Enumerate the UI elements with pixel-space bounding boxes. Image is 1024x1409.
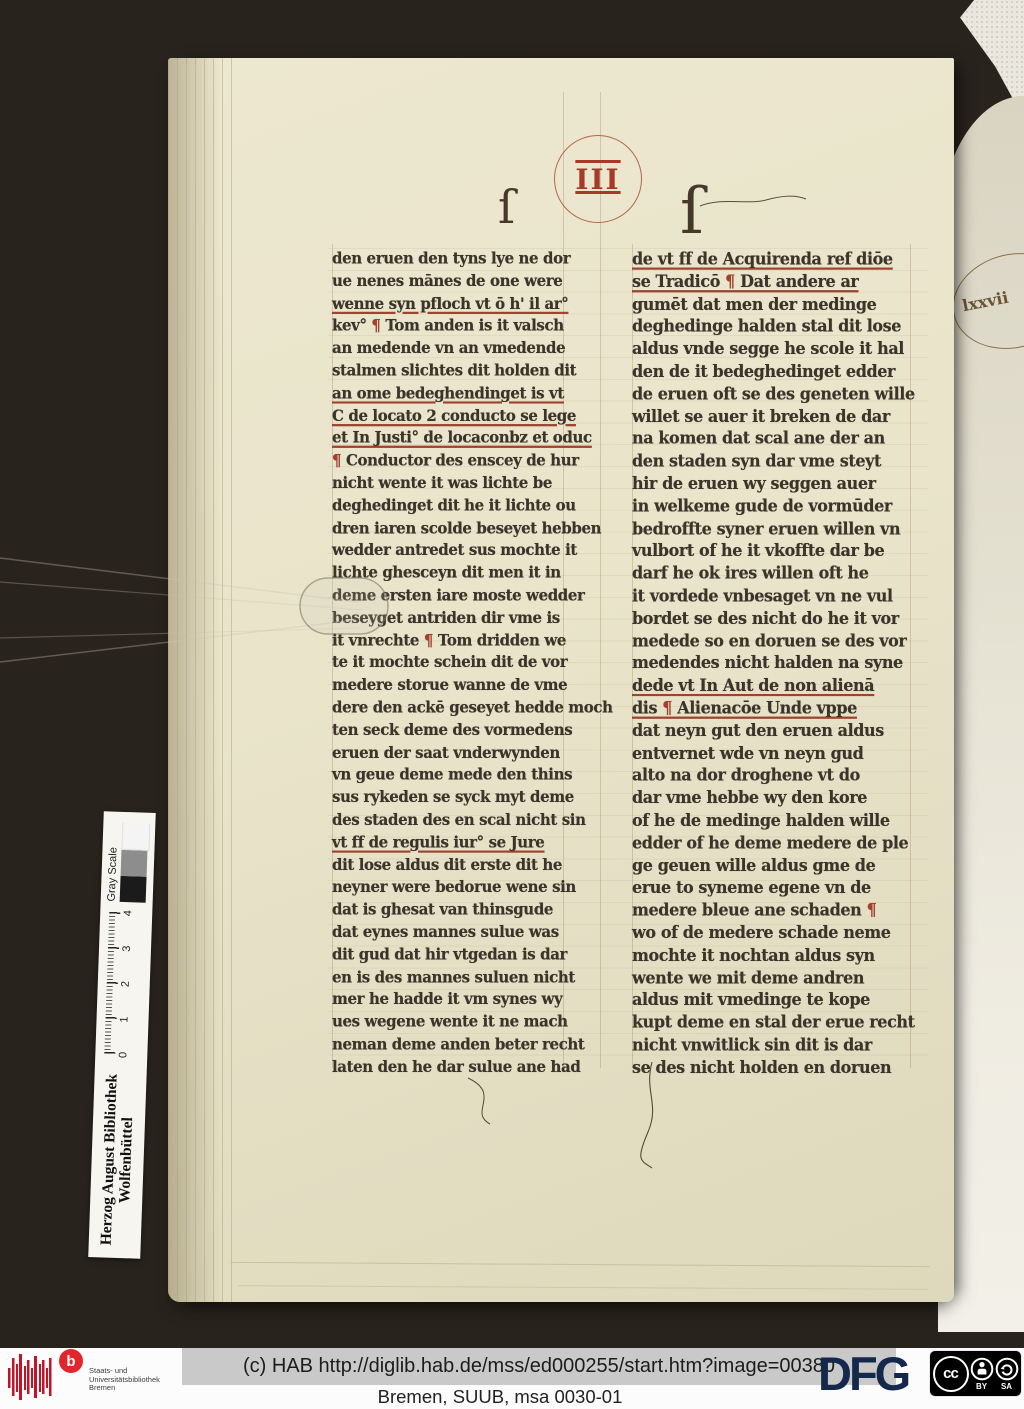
manuscript-line: den eruen den tyns lye ne dor	[332, 248, 565, 270]
cc-sa-arrow-icon	[995, 1357, 1019, 1381]
manuscript-line: entvernet wde vn neyn gud	[632, 742, 920, 764]
manuscript-line: ues wegene wente it ne mach	[332, 1011, 565, 1033]
gray-scale-swatch-gray	[121, 850, 148, 877]
copyright-url: (c) HAB http://diglib.hab.de/mss/ed00025…	[243, 1355, 835, 1378]
manuscript-line: de eruen oft se des geneten wille	[632, 383, 920, 405]
manuscript-line: de vt ff de Acquirenda ref diōe	[632, 248, 920, 270]
manuscript-line: willet se auer it breken de dar	[632, 405, 920, 427]
manuscript-page: III ſ ſ den eruen den tyns lye ne dorue …	[168, 58, 954, 1302]
manuscript-line: bordet se des nicht do he it vor	[632, 607, 920, 629]
manuscript-line: dat is ghesat van thinsgude	[332, 899, 565, 921]
page-number: III	[575, 163, 620, 196]
manuscript-line: medede so en doruen se des vor	[632, 630, 920, 652]
manuscript-line: wo of de medere schade neme	[632, 922, 920, 944]
ruler-number: 1	[118, 1016, 130, 1023]
manuscript-line: sus rykeden se syck myt deme	[332, 787, 565, 809]
manuscript-line: dit lose aldus dit erste dit he	[332, 854, 565, 876]
manuscript-line: na komen dat scal ane der an	[632, 428, 920, 450]
manuscript-line: dit gud dat hir vtgedan is dar	[332, 944, 565, 966]
manuscript-line: vulbort of he it vkoffte dar be	[632, 540, 920, 562]
manuscript-line: dat eynes mannes sulue was	[332, 922, 565, 944]
cc-by-label: BY	[976, 1382, 987, 1391]
digitized-manuscript-scan: { "manuscript": { "page_number": "III", …	[0, 0, 1024, 1409]
manuscript-line: aldus vnde segge he scole it hal	[632, 338, 920, 360]
manuscript-line: et In Justi° de locaconbz et oduc	[332, 428, 565, 450]
manuscript-line: aldus mit vmedinge te kope	[632, 989, 920, 1011]
pilcrow-mark: ¶	[725, 271, 735, 291]
page-bottom-edge	[230, 1262, 930, 1267]
manuscript-line: mer he hadde it vm synes wy	[332, 989, 565, 1011]
shelfmark: Bremen, SUUB, msa 0030-01	[280, 1386, 720, 1408]
manuscript-line: lichte ghesceyn dit men it in	[332, 562, 565, 584]
pilcrow-mark: ¶	[332, 451, 341, 470]
manuscript-line: an ome bedeghendinget is vt	[332, 383, 565, 405]
manuscript-line: an medende vn an vmedende	[332, 338, 565, 360]
pen-flourish-icon: ſ	[680, 180, 704, 244]
pilcrow-mark: ¶	[867, 900, 877, 920]
manuscript-line: gumēt dat men der medinge	[632, 293, 920, 315]
ruler-number: 4	[122, 910, 134, 917]
manuscript-line: darf he ok ires willen oft he	[632, 562, 920, 584]
ruler: 0 1 2 3 4	[104, 907, 143, 1058]
manuscript-line: laten den he dar sulue ane had	[332, 1056, 565, 1078]
manuscript-line: alto na dor droghene vt do	[632, 764, 920, 786]
manuscript-line: neman deme anden beter recht	[332, 1034, 565, 1056]
manuscript-line: wedder antredet sus mochte it	[332, 540, 565, 562]
manuscript-column-right: de vt ff de Acquirenda ref diōese Tradic…	[632, 248, 920, 1079]
calibration-strip: Herzog August Bibliothek Wolfenbüttel 0 …	[88, 811, 156, 1259]
manuscript-line: bedroffte syner eruen willen vn	[632, 517, 920, 539]
cc-logo-icon: cc	[933, 1356, 969, 1392]
manuscript-line: deme ersten iare moste wedder	[332, 585, 565, 607]
manuscript-line: stalmen slichtes dit holden dit	[332, 360, 565, 382]
manuscript-line: beseyget antriden dir vme is	[332, 607, 565, 629]
page-gutter-edges	[168, 58, 234, 1302]
manuscript-line: wente we mit deme andren	[632, 966, 920, 988]
pilcrow-mark: ¶	[662, 698, 672, 718]
org-line: Bremen	[89, 1384, 160, 1393]
manuscript-line: wenne syn pfloch vt ō h' il ar°	[332, 293, 565, 315]
manuscript-line: of he de medinge halden wille	[632, 809, 920, 831]
manuscript-column-left: den eruen den tyns lye ne dorue nenes mā…	[332, 248, 565, 1079]
manuscript-line: medere bleue ane schaden ¶	[632, 899, 920, 921]
bremen-org-name: Staats- und Universitätsbibliothek Breme…	[89, 1367, 160, 1393]
page-bottom-edge	[238, 1285, 928, 1290]
manuscript-line: dat neyn gut den eruen aldus	[632, 719, 920, 741]
page-number-circle: III	[554, 135, 642, 223]
pilcrow-mark: ¶	[424, 631, 433, 650]
manuscript-line: dere den ackē geseyet hedde moch	[332, 697, 565, 719]
gray-scale-patch: Gray Scale	[106, 815, 151, 902]
manuscript-line: te it mochte schein dit de vor	[332, 652, 565, 674]
cc-by-item: BY	[970, 1357, 994, 1391]
manuscript-line: den de it bedeghedinget edder	[632, 360, 920, 382]
manuscript-line: deghedinget dit he it lichte ou	[332, 495, 565, 517]
manuscript-line: eruen der saat vnderwynden	[332, 742, 565, 764]
copyright-strip: (c) HAB http://diglib.hab.de/mss/ed00025…	[182, 1348, 896, 1385]
ruler-number: 3	[121, 945, 133, 952]
manuscript-line: des staden des en scal nicht sin	[332, 809, 565, 831]
suub-barcode-logo-icon	[8, 1352, 54, 1402]
manuscript-line: nicht vnwitlick sin dit is dar	[632, 1034, 920, 1056]
pen-flourish-icon: ſ	[498, 184, 515, 230]
manuscript-line: ten seck deme des vormedens	[332, 719, 565, 741]
manuscript-line: edder of he deme medere de ple	[632, 832, 920, 854]
manuscript-line: ge geuen wille aldus gme de	[632, 854, 920, 876]
gray-scale-label: Gray Scale	[106, 847, 120, 902]
manuscript-line: dren iaren scolde beseyet hebben	[332, 517, 565, 539]
manuscript-line: dar vme hebbe wy den kore	[632, 787, 920, 809]
manuscript-line: mochte it nochtan aldus syn	[632, 944, 920, 966]
manuscript-line: deghedinge halden stal dit lose	[632, 315, 920, 337]
ruling-line	[600, 92, 601, 1068]
ruler-number: 0	[117, 1052, 129, 1059]
cc-by-person-icon	[970, 1357, 994, 1381]
gray-scale-swatch-black	[120, 876, 147, 903]
manuscript-line: it vordede vnbesaget vn ne vul	[632, 585, 920, 607]
manuscript-line: neyner were bedorue wene sin	[332, 877, 565, 899]
manuscript-line: kev° ¶ Tom anden is it valsch	[332, 315, 565, 337]
manuscript-line: medere storue wanne de vme	[332, 675, 565, 697]
manuscript-line: kupt deme en stal der erue recht	[632, 1011, 920, 1033]
cc-sa-label: SA	[1001, 1382, 1012, 1391]
manuscript-line: C de locato 2 conducto se lege	[332, 405, 565, 427]
bremen-logo-icon: b	[59, 1349, 83, 1373]
manuscript-line: se des nicht holden en doruen	[632, 1056, 920, 1078]
dfg-logo: DFG	[818, 1346, 908, 1401]
manuscript-line: en is des mannes suluen nicht	[332, 966, 565, 988]
manuscript-line: vn geue deme mede den thins	[332, 764, 565, 786]
ruler-number: 2	[120, 981, 132, 988]
footer-bar: b Staats- und Universitätsbibliothek Bre…	[0, 1348, 1024, 1409]
manuscript-line: se Tradicō ¶ Dat andere ar	[632, 270, 920, 292]
manuscript-line: dis ¶ Alienacōe Unde vppe	[632, 697, 920, 719]
manuscript-line: medendes nicht halden na syne	[632, 652, 920, 674]
manuscript-line: dede vt In Aut de non alienā	[632, 675, 920, 697]
gray-scale-swatch-white	[121, 823, 150, 851]
manuscript-line: hir de eruen wy seggen auer	[632, 473, 920, 495]
cc-license-badge: cc BY SA	[929, 1350, 1022, 1397]
manuscript-line: ¶ Conductor des enscey de hur	[332, 450, 565, 472]
cc-sa-item: SA	[995, 1357, 1019, 1391]
library-name-label: Herzog August Bibliothek Wolfenbüttel	[97, 1061, 138, 1258]
pilcrow-mark: ¶	[371, 316, 380, 335]
manuscript-line: it vnrechte ¶ Tom dridden we	[332, 630, 565, 652]
manuscript-line: den staden syn dar vme steyt	[632, 450, 920, 472]
manuscript-line: in welkeme gude de vormūder	[632, 495, 920, 517]
manuscript-line: vt ff de regulis iur° se Jure	[332, 832, 565, 854]
manuscript-line: ue nenes mānes de one were	[332, 270, 565, 292]
manuscript-line: erue to syneme egene vn de	[632, 877, 920, 899]
manuscript-line: nicht wente it was lichte be	[332, 473, 565, 495]
